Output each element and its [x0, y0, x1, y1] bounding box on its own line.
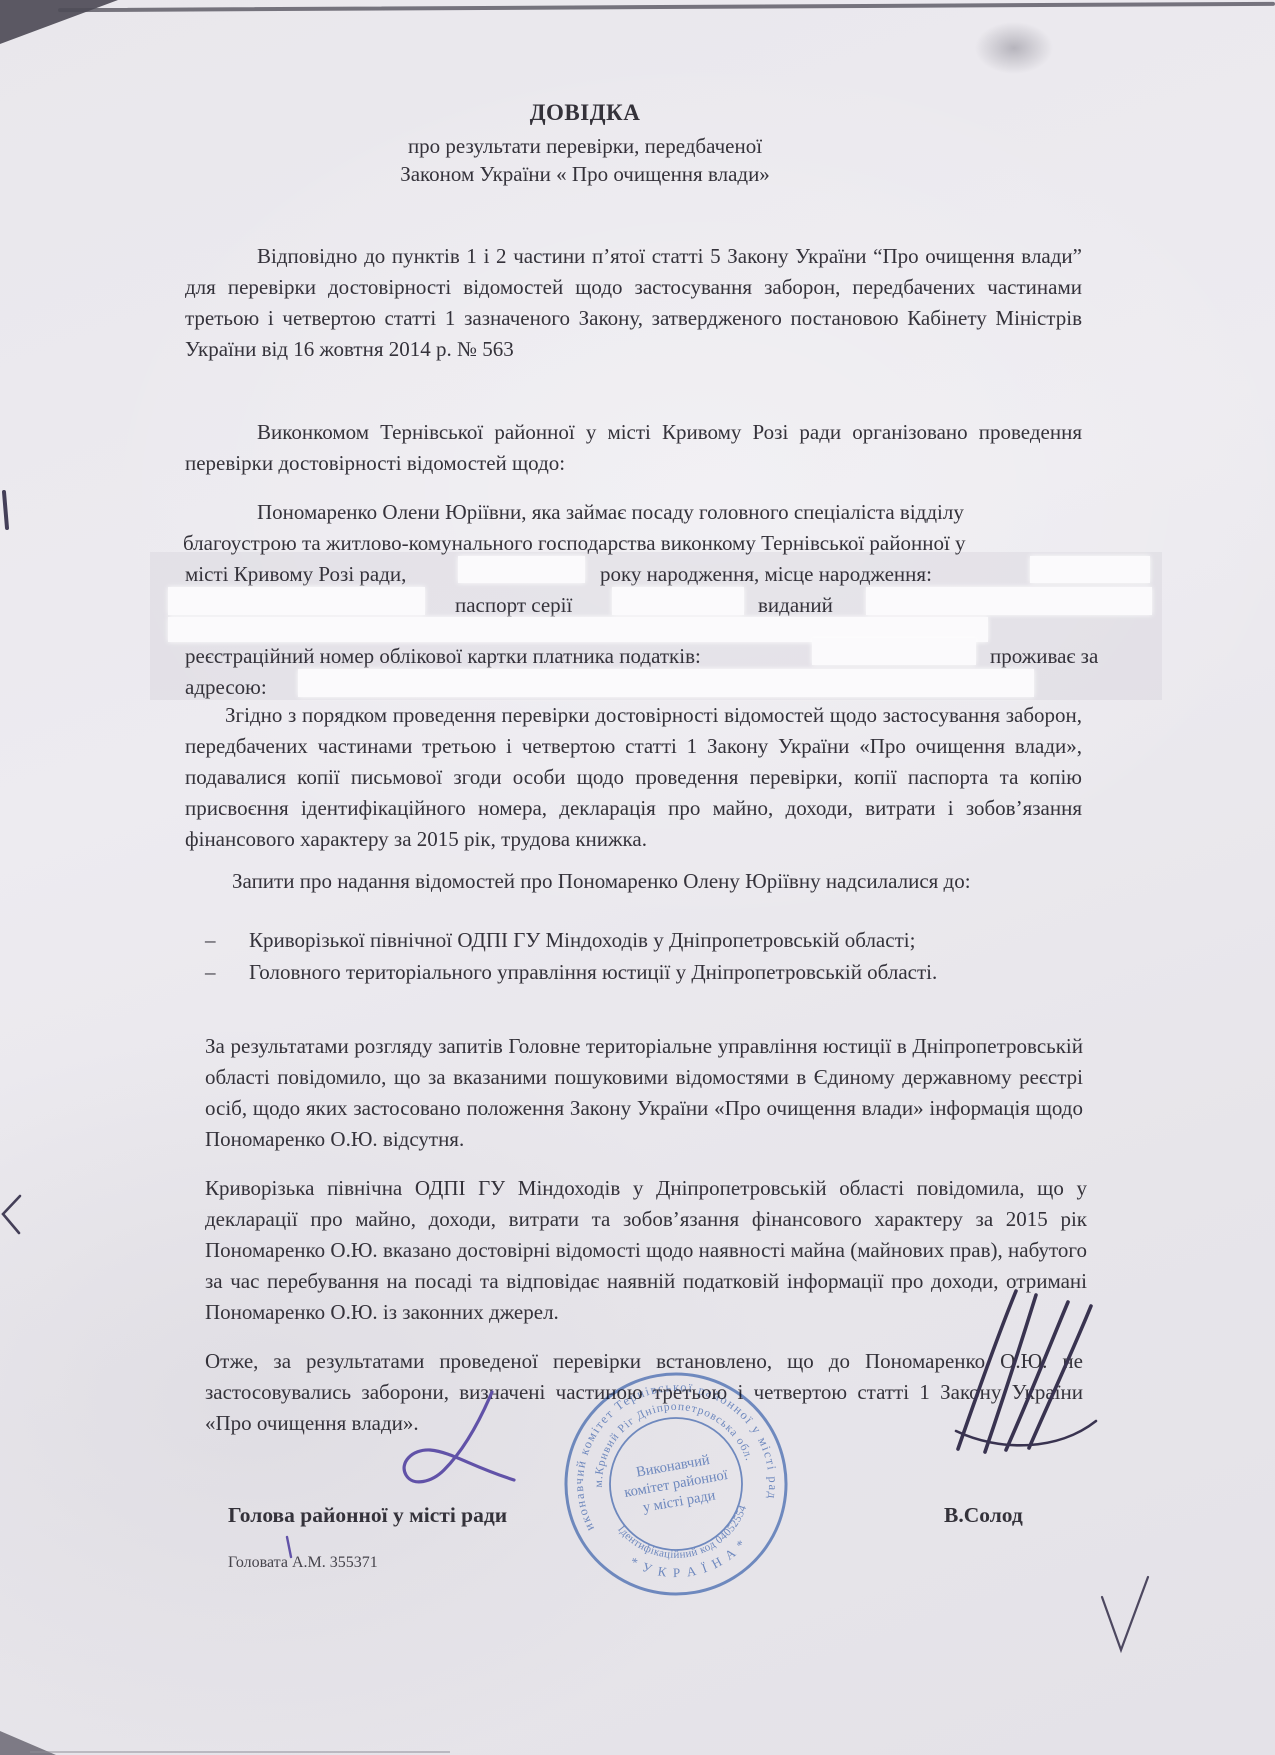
paragraph-requests-intro: Запити про надання відомостей про Понома…	[185, 866, 1115, 900]
paragraph-organizer: Виконкомом Тернівської районної у місті …	[185, 417, 1082, 483]
personal-line1: Пономаренко Олени Юріївни, яка займає по…	[257, 497, 964, 528]
redaction-box-birth-place	[1030, 556, 1150, 583]
list-item-text: Головного територіального управління юст…	[249, 960, 937, 984]
scan-corner-top-left-artifact	[0, 0, 118, 44]
seal-group: Виконавчий комітет Тернівської районної …	[552, 1360, 800, 1608]
personal-line7-text: адресою:	[185, 672, 267, 703]
signer-position: Голова районної у місті ради	[228, 1503, 507, 1528]
personal-line3-text2: року народження, місце народження:	[600, 559, 932, 590]
redaction-box-birth-place2	[168, 587, 425, 615]
redaction-box-tax-number	[812, 638, 976, 665]
redaction-box-birth-year	[458, 556, 585, 583]
list-item-recipient-2: –Головного територіального управління юс…	[205, 956, 937, 988]
signer-name: В.Солод	[944, 1503, 1023, 1528]
paragraph-procedure: Згідно з порядком проведення перевірки д…	[185, 700, 1082, 890]
official-seal: Виконавчий комітет Тернівської районної …	[552, 1360, 800, 1608]
personal-line6-text2: проживає за	[990, 641, 1098, 672]
scan-smudge-artifact	[975, 22, 1053, 74]
personal-line6-text1: реєстраційний номер облікової картки пла…	[185, 641, 701, 672]
paragraph-justice-result: За результатами розгляду запитів Головне…	[205, 1031, 1083, 1159]
redaction-box-passport-issuer	[866, 587, 1152, 615]
executor-reference: Головата А.М. 355371	[228, 1554, 378, 1572]
redaction-box-address	[298, 669, 1034, 697]
personal-line2: благоустрою та житлово-комунального госп…	[183, 528, 966, 559]
doc-subtitle-line1: про результати перевірки, передбаченої	[170, 134, 1000, 159]
personal-line3-text1: місті Кривому Розі ради,	[185, 559, 406, 590]
paragraph-legal-basis: Відповідно до пунктів 1 і 2 частини п’ят…	[185, 241, 1082, 369]
list-item-text: Криворізької північної ОДПІ ГУ Міндоході…	[249, 928, 915, 952]
paragraph-tax-result: Криворізька північна ОДПІ ГУ Міндоходів …	[205, 1173, 1087, 1333]
scanned-document-page: ДОВІДКА про результати перевірки, передб…	[0, 0, 1275, 1755]
list-item-recipient-1: –Криворізької північної ОДПІ ГУ Міндоход…	[205, 924, 915, 956]
list-dash: –	[205, 956, 249, 988]
list-dash: –	[205, 924, 249, 956]
redaction-box-passport-series	[612, 587, 744, 615]
doc-subtitle-line2: Законом України « Про очищення влади»	[170, 162, 1000, 187]
scan-edge-bottom-artifact	[30, 1751, 450, 1753]
doc-title: ДОВІДКА	[170, 100, 1000, 126]
